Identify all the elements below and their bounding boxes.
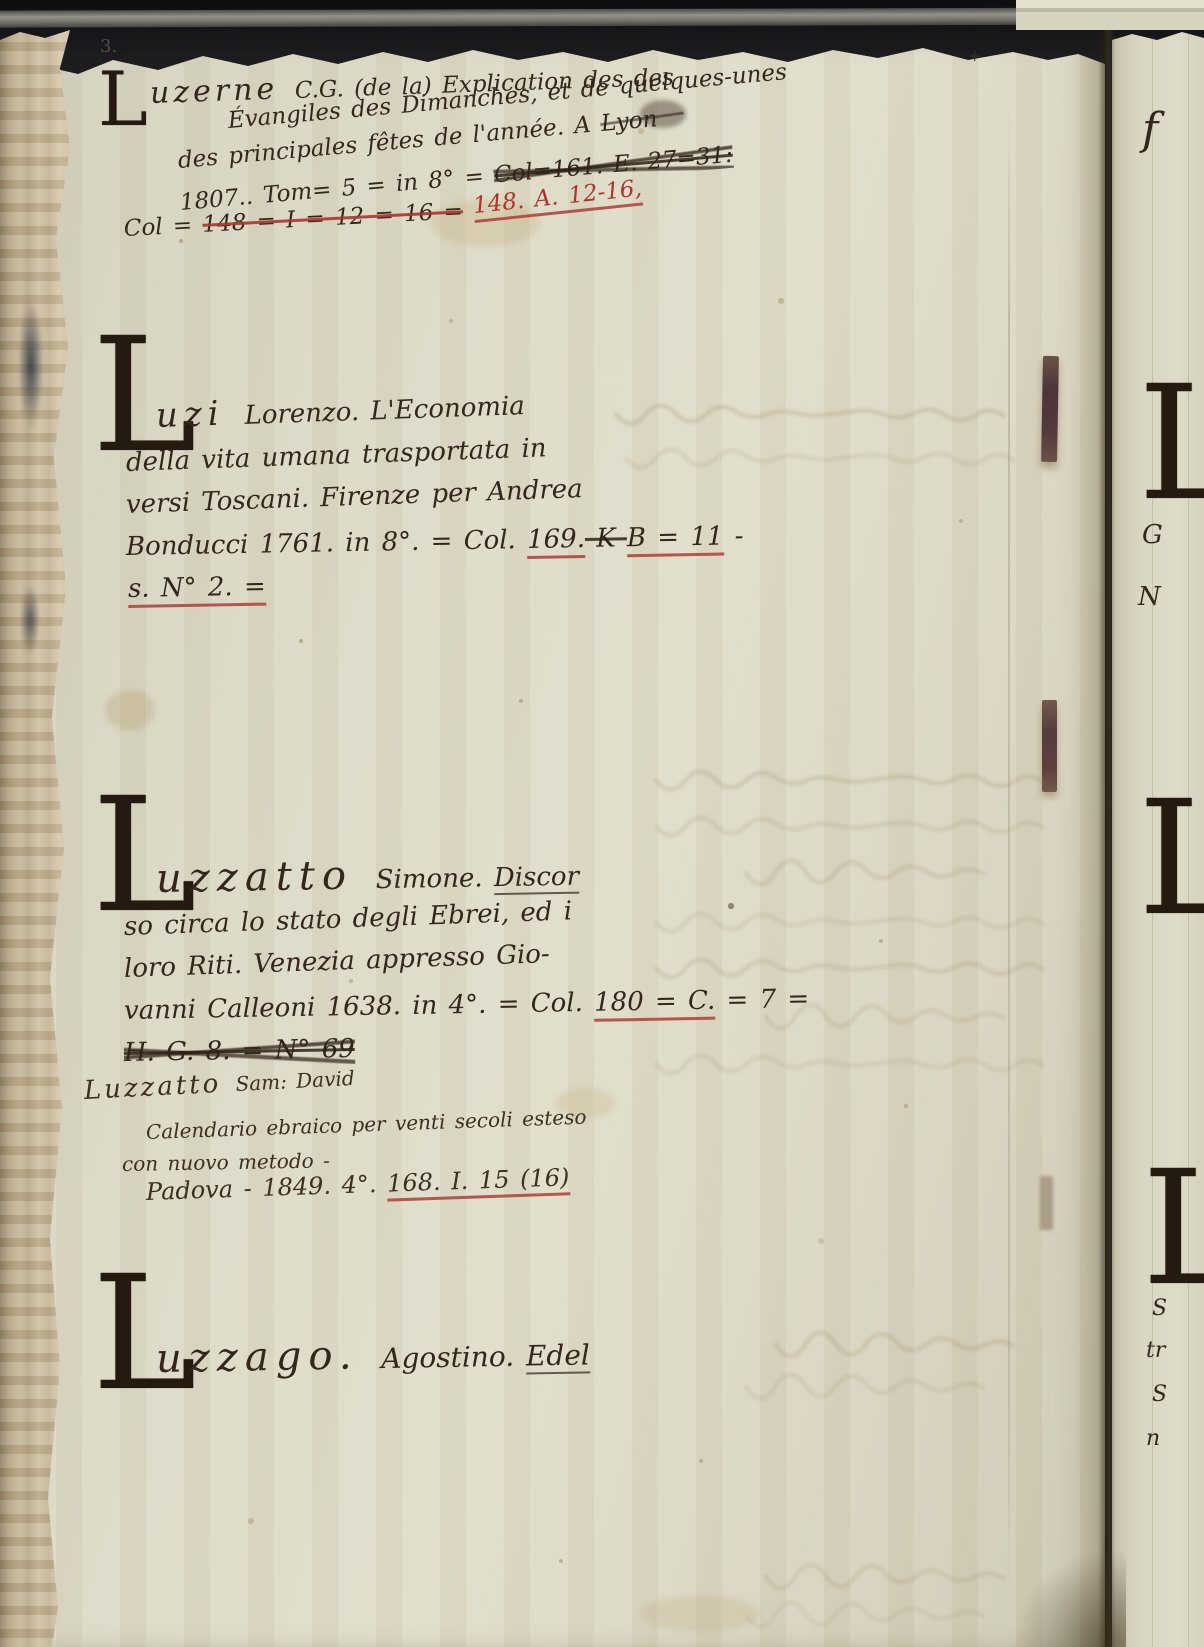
fore-edge-ink-mark bbox=[1040, 1176, 1053, 1230]
fore-edge-ink-mark bbox=[1041, 356, 1059, 462]
pencil-note: 3. bbox=[100, 36, 117, 57]
shelfmark: B = 11 bbox=[627, 522, 724, 558]
bleedthrough-ghost-writing bbox=[590, 395, 1020, 494]
initial-letter-L: L bbox=[92, 1255, 197, 1413]
entry-line: uzzatto Simone. Discor bbox=[156, 849, 580, 902]
entry-text: = 7 = bbox=[715, 984, 809, 1016]
column-number: 180 = C. bbox=[594, 986, 716, 1022]
manuscript-catalog-scan: f L G N L L S tr S n 3. + L uzerne C.G. … bbox=[0, 0, 1204, 1647]
entry-text: Col = bbox=[123, 212, 203, 242]
paper-stains bbox=[0, 0, 2, 2]
entry-line: uzzago. Agostino. Edel bbox=[156, 1328, 591, 1382]
pencil-cross-mark: + bbox=[968, 46, 981, 65]
headword: uzzatto bbox=[156, 852, 376, 902]
struck-letter: K bbox=[585, 523, 627, 554]
entry-line: s. N° 2. = bbox=[128, 572, 266, 604]
entry-text: Agostino. bbox=[381, 1340, 526, 1376]
entry-text: Simone. bbox=[375, 863, 494, 895]
ink-stain bbox=[18, 300, 44, 430]
entry-text: Discor bbox=[494, 862, 580, 895]
headword: uzzago. bbox=[156, 1332, 382, 1382]
entry-text: - bbox=[723, 521, 744, 551]
column-number: 169. bbox=[527, 524, 585, 559]
entry-text: Edel bbox=[526, 1338, 590, 1374]
next-page-script-fragment: S bbox=[1152, 1382, 1167, 1407]
next-page-initial-L: L bbox=[1138, 780, 1204, 938]
next-page-script-fragment: f bbox=[1142, 104, 1158, 155]
ink-stain bbox=[20, 585, 40, 655]
initial-letter-L: L bbox=[98, 62, 148, 137]
bleedthrough-ghost-writing bbox=[740, 1555, 1010, 1639]
top-right-page-edges bbox=[1016, 0, 1204, 30]
gutter-bottom-shadow bbox=[1014, 1552, 1126, 1647]
next-page-script-fragment: tr bbox=[1146, 1338, 1165, 1363]
next-page-script-fragment: G bbox=[1142, 520, 1163, 550]
headword: uzi bbox=[155, 393, 245, 436]
entry-text: Sam: David bbox=[235, 1066, 355, 1096]
shelfmark: s. N° 2. = bbox=[128, 572, 266, 608]
shelfmark: 168. I. 15 (16) bbox=[387, 1163, 570, 1201]
next-page-script-fragment: N bbox=[1138, 582, 1161, 612]
next-page-initial-L: L bbox=[1142, 1150, 1204, 1308]
next-page-script-fragment: n bbox=[1146, 1426, 1160, 1451]
next-page-initial-L: L bbox=[1138, 365, 1204, 523]
foxing-stain bbox=[105, 690, 155, 730]
next-page-script-fragment: S bbox=[1152, 1296, 1167, 1321]
next-page-sliver: f L G N L L S tr S n bbox=[1112, 26, 1204, 1647]
gutter-shadow bbox=[1098, 30, 1116, 1647]
bleedthrough-ghost-writing bbox=[690, 1325, 1020, 1419]
bleedthrough-ghost-writing bbox=[640, 765, 1050, 1099]
